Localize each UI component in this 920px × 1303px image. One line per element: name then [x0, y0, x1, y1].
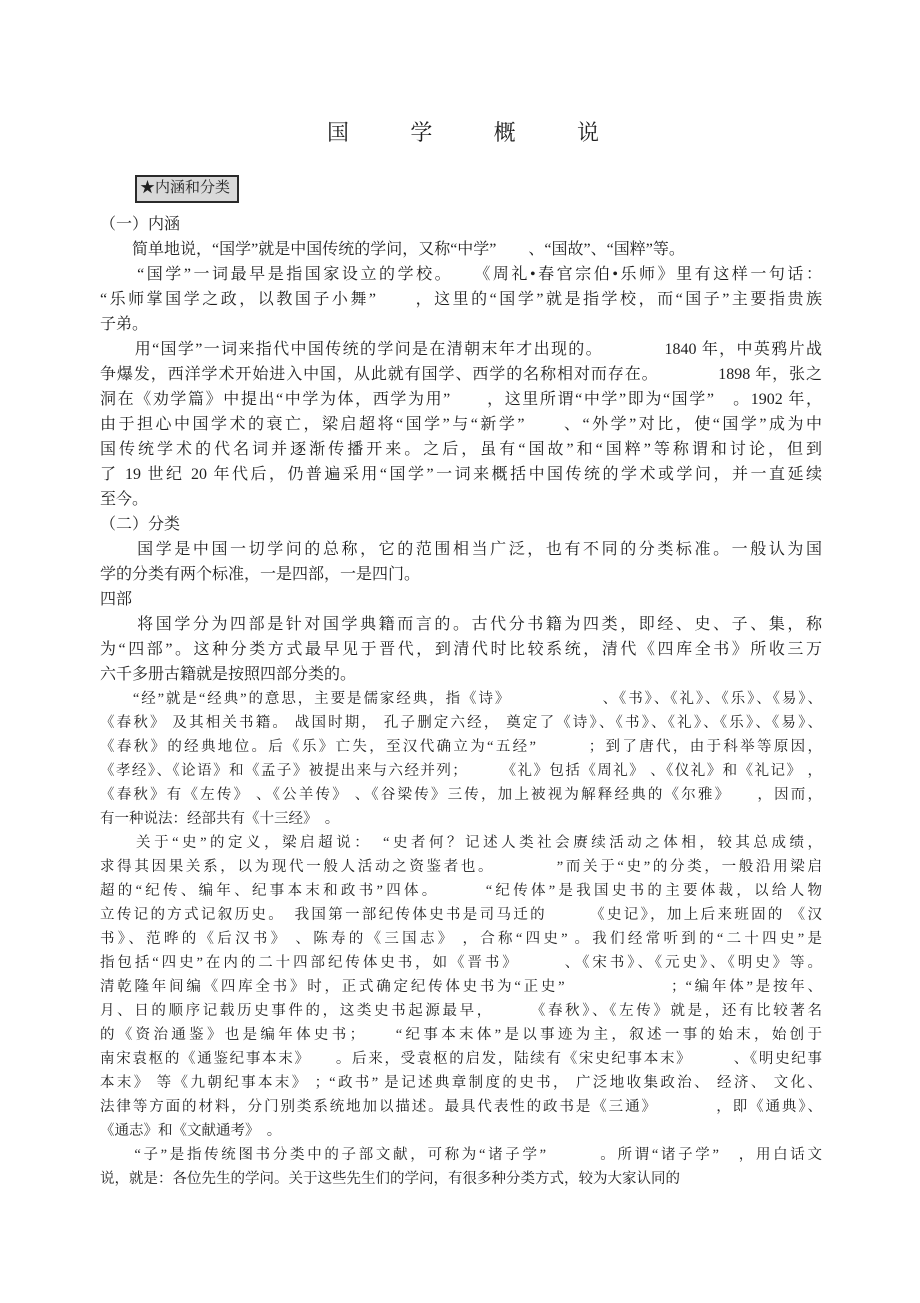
text-line: 至今。: [100, 487, 822, 512]
text-line: 《春秋》有《左传》 、《公羊传》 、《谷梁传》三传，加上被视为解释经典的《尔雅》…: [100, 783, 822, 807]
paragraph: 简单地说，“国学”就是中国传统的学问，又称“中学” 、“国故”、“国粹”等。: [100, 237, 822, 262]
heading-text: （二）分类: [100, 512, 822, 537]
heading-text: （一）内涵: [100, 212, 822, 237]
text-line: 《春秋》的经典地位。后《乐》亡失，至汉代确立为“五经” ；到了唐代，由于科举等原…: [100, 735, 822, 759]
paragraph: 用“国学”一词来指代中国传统的学问是在清朝末年才出现的。 1840 年，中英鸦片…: [100, 337, 822, 512]
section-badge-row: ★内涵和分类: [135, 175, 822, 204]
text-line: 将国学分为四部是针对国学典籍而言的。古代分书籍为四类，即经、史、子、集，称: [100, 612, 822, 637]
document-page: 国学概说 ★内涵和分类 （一）内涵 简单地说，“国学”就是中国传统的学问，又称“…: [0, 0, 920, 1303]
text-line: 的《资治通鉴》也是编年体史书； “纪事本末体”是以事迹为主，叙述一事的始末，始创…: [100, 1023, 822, 1047]
text-line: 由于担心中国学术的衰亡，梁启超将“国学”与“新学” 、“外学”对比，使“国学”成…: [100, 412, 822, 437]
text-line: 《孝经》、《论语》和《孟子》被提出来与六经并列； 《礼》包括《周礼》 、《仪礼》…: [100, 759, 822, 783]
text-line: 求得其因果关系，以为现代一般人活动之资鉴者也。 ”而关于“史”的分类，一般沿用梁…: [100, 855, 822, 879]
text-line: 说，就是：各位先生的学问。关于这些先生们的学问，有很多种分类方式，较为大家认同的: [100, 1167, 822, 1191]
paragraph-classics: “经”就是“经典”的意思，主要是儒家经典，指《诗》 、《书》、《礼》、《乐》、《…: [100, 687, 822, 831]
text-line: 关于“史”的定义，梁启超说： “史者何？记述人类社会赓续活动之体相，较其总成绩，: [100, 831, 822, 855]
text-line: 子弟。: [100, 312, 822, 337]
text-line: 六千多册古籍就是按照四部分类的。: [100, 662, 822, 687]
text-line: “国学”一词最早是指国家设立的学校。 《周礼•春官宗伯•乐师》里有这样一句话：: [100, 262, 822, 287]
text-line: 月、日的顺序记载历史事件的，这类史书起源最早， 《春秋》、《左传》就是，还有比较…: [100, 999, 822, 1023]
text-line: 国传统学术的代名词并逐渐传播开来。之后，虽有“国故”和“国粹”等称谓和讨论，但到: [100, 437, 822, 462]
label-text: 四部: [100, 587, 822, 612]
document-content: 国学概说 ★内涵和分类 （一）内涵 简单地说，“国学”就是中国传统的学问，又称“…: [100, 0, 822, 1191]
paragraph-history: 关于“史”的定义，梁启超说： “史者何？记述人类社会赓续活动之体相，较其总成绩，…: [100, 831, 822, 1143]
text-line: 《春秋》 及其相关书籍。 战国时期， 孔子删定六经， 奠定了《诗》、《书》、《礼…: [100, 711, 822, 735]
text-line: 指包括“四史”在内的二十四部纪传体史书，如《晋书》 、《宋书》、《元史》、《明史…: [100, 951, 822, 975]
text-line: 用“国学”一词来指代中国传统的学问是在清朝末年才出现的。 1840 年，中英鸦片…: [100, 337, 822, 362]
text-line: 了 19 世纪 20 年代后，仍普遍采用“国学”一词来概括中国传统的学术或学问，…: [100, 462, 822, 487]
text-line: 立传记的方式记叙历史。 我国第一部纪传体史书是司马迁的 《史记》，加上后来班固的…: [100, 903, 822, 927]
text-line: 学的分类有两个标准，一是四部，一是四门。: [100, 562, 822, 587]
text-line: 为“四部”。这种分类方式最早见于晋代，到清代时比较系统，清代《四库全书》所收三万: [100, 637, 822, 662]
text-line: 有一种说法：经部共有《十三经》 。: [100, 807, 822, 831]
paragraph: “国学”一词最早是指国家设立的学校。 《周礼•春官宗伯•乐师》里有这样一句话： …: [100, 262, 822, 337]
paragraph: 将国学分为四部是针对国学典籍而言的。古代分书籍为四类，即经、史、子、集，称 为“…: [100, 612, 822, 687]
text-line: 简单地说，“国学”就是中国传统的学问，又称“中学” 、“国故”、“国粹”等。: [100, 237, 822, 262]
text-line: 争爆发，西洋学术开始进入中国，从此就有国学、西学的名称相对而存在。 1898 年…: [100, 362, 822, 387]
paragraph-masters: “子”是指传统图书分类中的子部文献，可称为“诸子学” 。所谓“诸子学” ，用白话…: [100, 1143, 822, 1191]
heading-classification: （二）分类: [100, 512, 822, 537]
text-line: 洞在《劝学篇》中提出“中学为体，西学为用” ，这里所谓“中学”即为“国学” 。1…: [100, 387, 822, 412]
text-line: 《通志》和《文献通考》 。: [100, 1119, 822, 1143]
text-line: 国学是中国一切学问的总称，它的范围相当广泛，也有不同的分类标准。一般认为国: [100, 537, 822, 562]
page-title: 国学概说: [327, 118, 599, 148]
text-line: “经”就是“经典”的意思，主要是儒家经典，指《诗》 、《书》、《礼》、《乐》、《…: [100, 687, 822, 711]
heading-connotation: （一）内涵: [100, 212, 822, 237]
document-body: （一）内涵 简单地说，“国学”就是中国传统的学问，又称“中学” 、“国故”、“国…: [100, 212, 822, 1191]
text-line: 书》、范晔的《后汉书》 、陈寿的《三国志》 ，合称“四史” 。我们经常听到的“二…: [100, 927, 822, 951]
section-badge: ★内涵和分类: [135, 175, 239, 203]
paragraph: 国学是中国一切学问的总称，它的范围相当广泛，也有不同的分类标准。一般认为国 学的…: [100, 537, 822, 587]
text-line: 法律等方面的材料，分门别类系统地加以描述。最具代表性的政书是《三通》 ，即《通典…: [100, 1095, 822, 1119]
text-line: “子”是指传统图书分类中的子部文献，可称为“诸子学” 。所谓“诸子学” ，用白话…: [100, 1143, 822, 1167]
text-line: 超的“纪传、编年、纪事本末和政书”四体。 “纪传体”是我国史书的主要体裁，以给人…: [100, 879, 822, 903]
text-line: 南宋袁枢的《通鉴纪事本末》 。后来，受袁枢的启发，陆续有《宋史纪事本末》 、《明…: [100, 1047, 822, 1071]
label-four-branches: 四部: [100, 587, 822, 612]
text-line: 清乾隆年间编《四库全书》时，正式确定纪传体史书为“正史” ；“编年体”是按年、: [100, 975, 822, 999]
text-line: “乐师掌国学之政，以教国子小舞” ，这里的“国学”就是指学校，而“国子”主要指贵…: [100, 287, 822, 312]
text-line: 本末》 等《九朝纪事本末》 ；“政书” 是记述典章制度的史书， 广泛地收集政治、…: [100, 1071, 822, 1095]
